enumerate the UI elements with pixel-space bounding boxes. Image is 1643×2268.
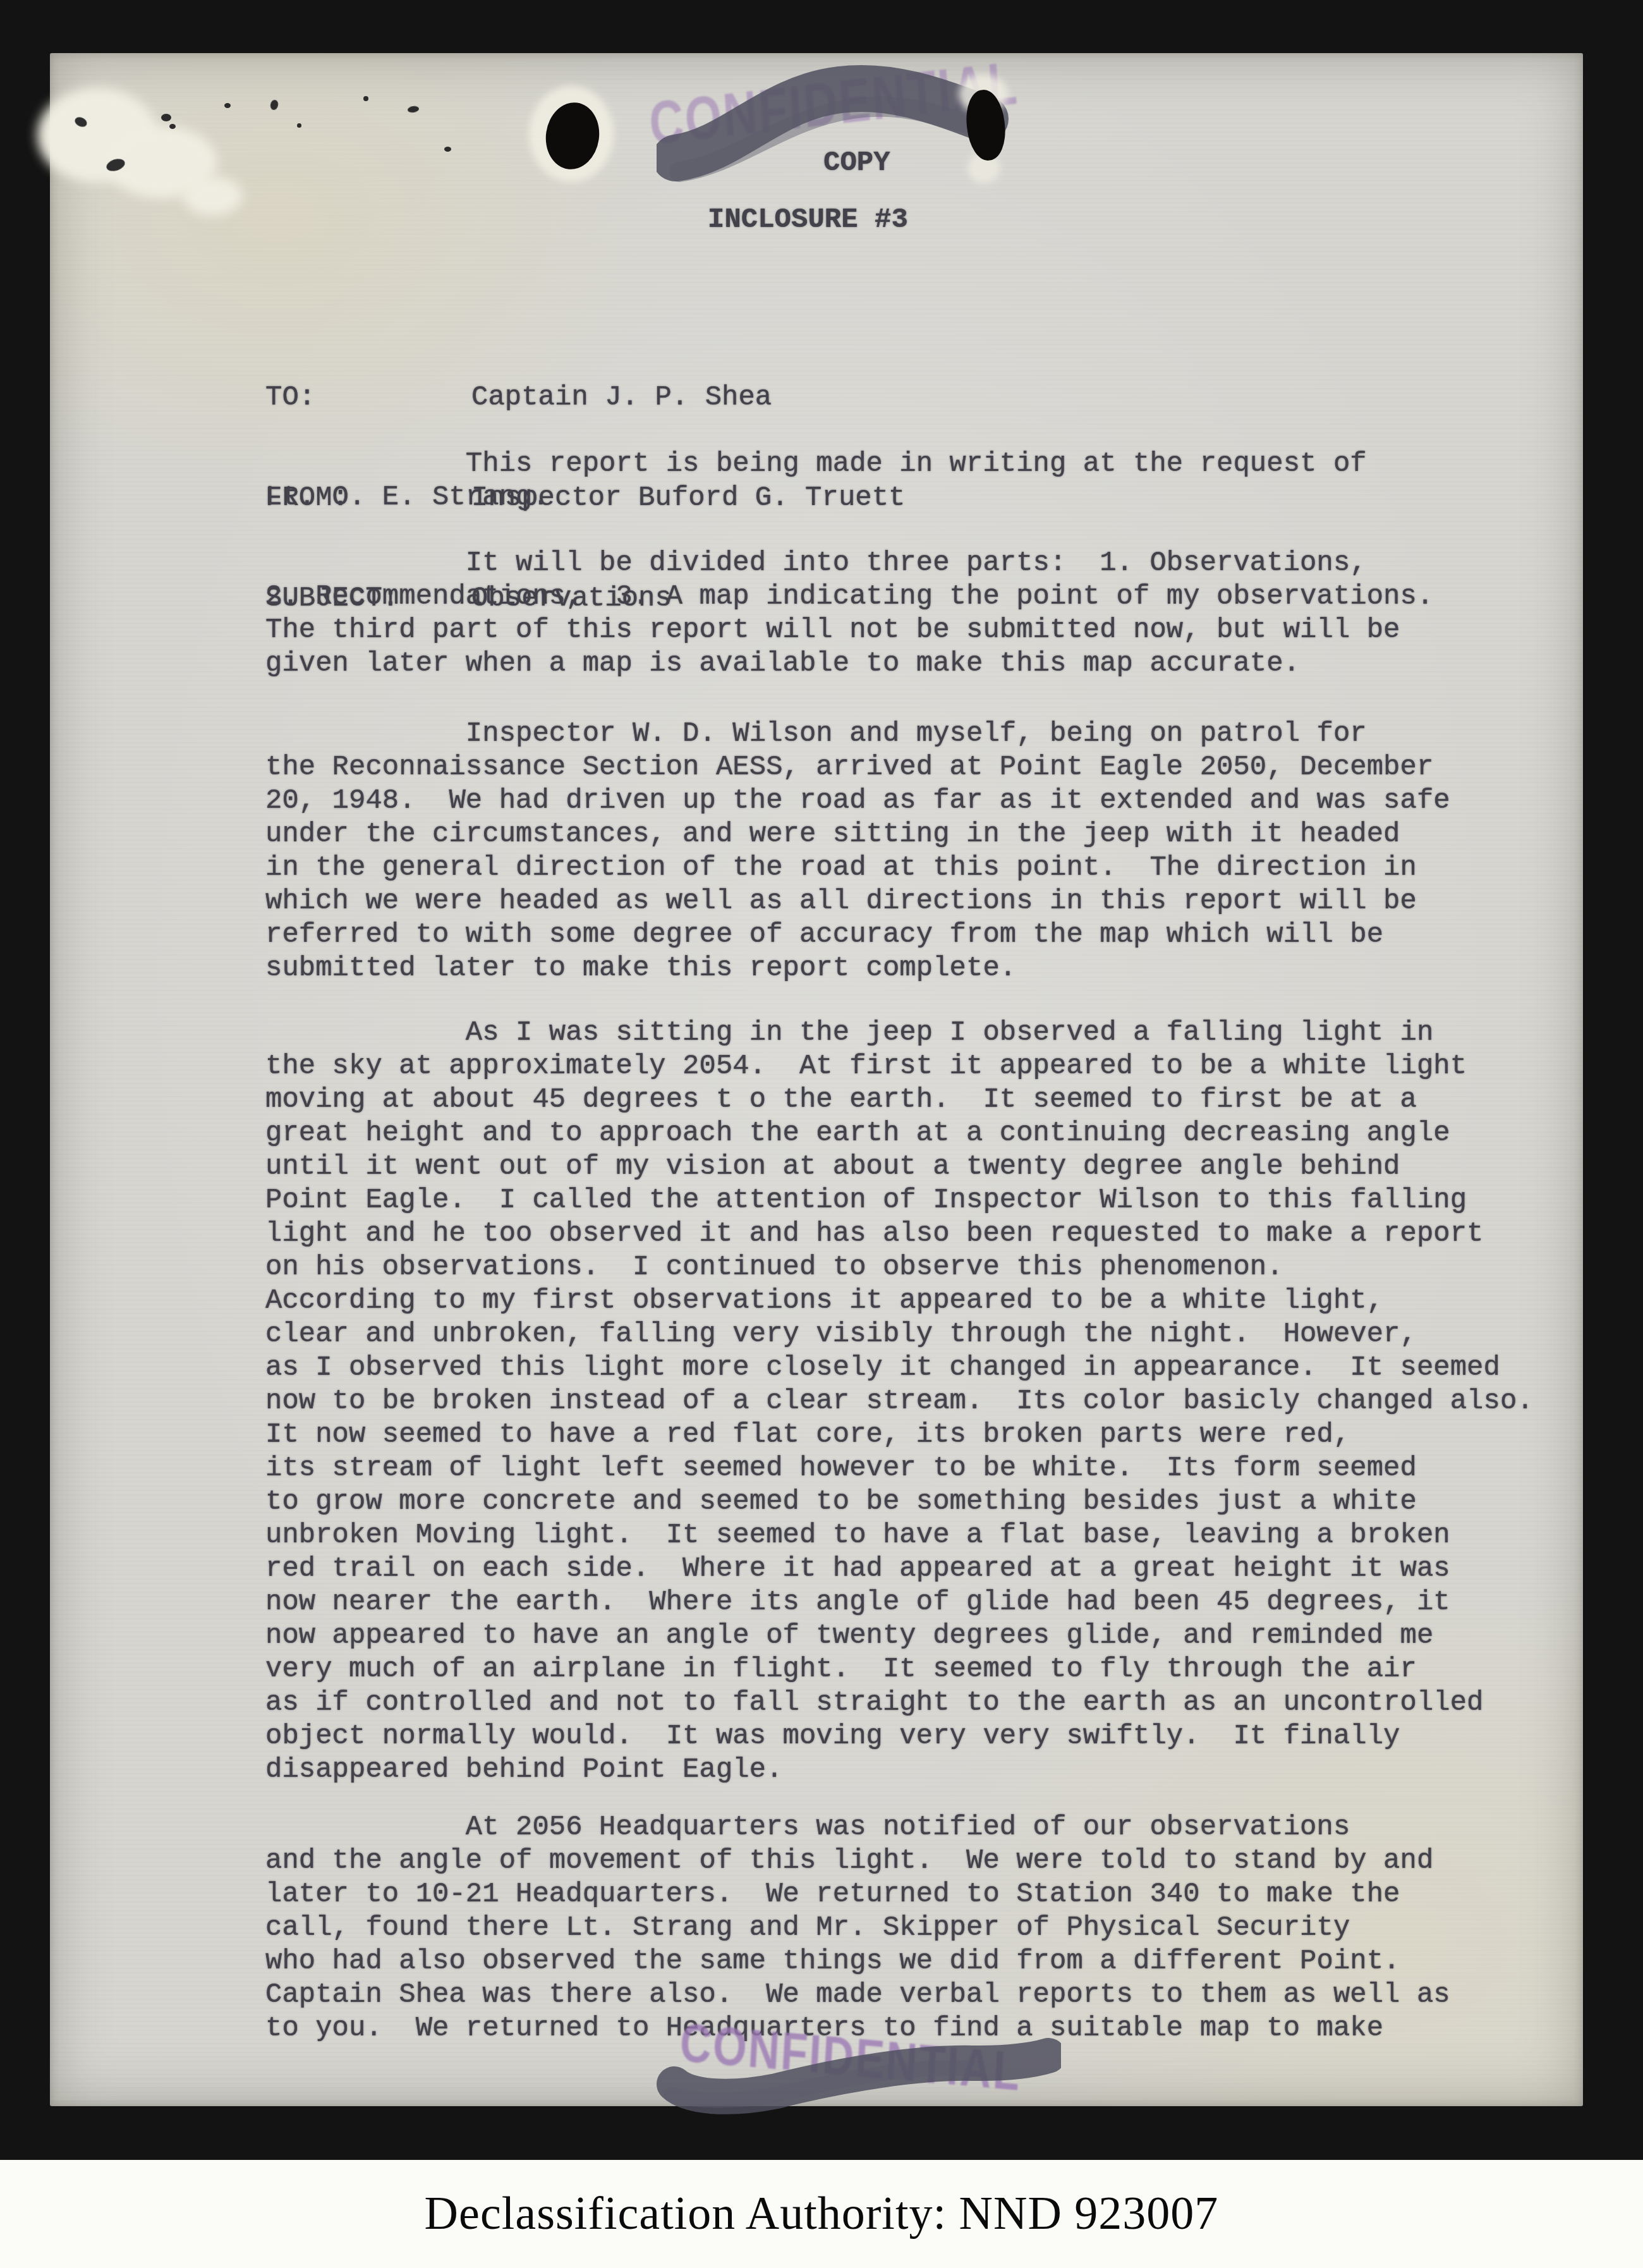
declassification-banner: Declassification Authority: NND 923007 xyxy=(0,2160,1643,2268)
paper-tear-patch xyxy=(183,176,243,216)
paragraph-2: It will be divided into three parts: 1. … xyxy=(265,547,1433,681)
scanned-document-page: CONFIDENTIAL COPY INCLOSURE #3 TO:Captai… xyxy=(0,0,1643,2268)
inclosure-label: INCLOSURE #3 xyxy=(708,204,908,237)
to-value: Captain J. P. Shea xyxy=(471,381,772,415)
paper-speck xyxy=(161,114,171,121)
marker-strikethrough xyxy=(657,2030,1061,2125)
paper-sheet: CONFIDENTIAL COPY INCLOSURE #3 TO:Captai… xyxy=(50,53,1583,2106)
paragraph-3: Inspector W. D. Wilson and myself, being… xyxy=(265,717,1450,985)
paragraph-5: At 2056 Headquarters was notified of our… xyxy=(265,1811,1450,2045)
paper-speck xyxy=(444,147,451,152)
paper-speck xyxy=(169,124,176,129)
paragraph-4: As I was sitting in the jeep I observed … xyxy=(265,1016,1534,1787)
paper-speck xyxy=(407,106,419,113)
paper-speck xyxy=(224,103,231,108)
paper-speck xyxy=(363,96,368,101)
paper-speck xyxy=(297,123,301,128)
paper-speck xyxy=(269,99,279,111)
marker-strikethrough xyxy=(657,63,1010,196)
paragraph-1: This report is being made in writing at … xyxy=(265,448,1367,515)
memo-to-row: TO:Captain J. P. Shea xyxy=(265,381,906,415)
to-label: TO: xyxy=(265,381,471,415)
declassification-text: Declassification Authority: NND 923007 xyxy=(425,2187,1219,2241)
